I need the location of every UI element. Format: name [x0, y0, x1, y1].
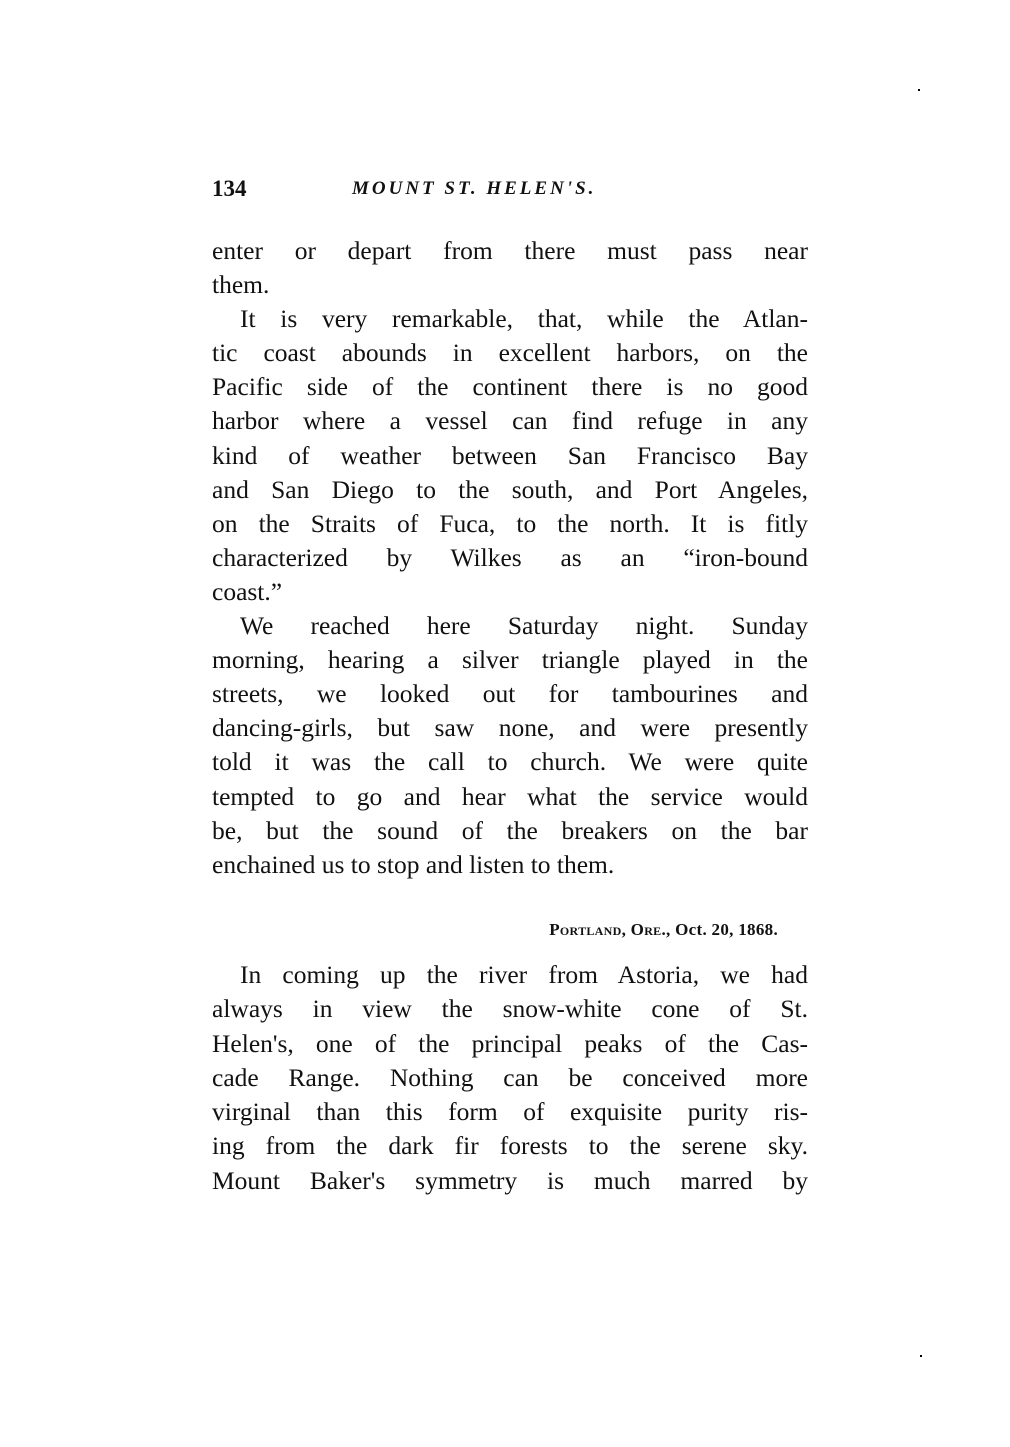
scan-speck	[920, 1355, 922, 1357]
running-head: MOUNT ST. HELEN'S.	[352, 178, 596, 200]
body-text-section-2: In coming up the river from Astoria, we …	[212, 958, 808, 1198]
text-line: tempted to go and hear what the service …	[212, 780, 808, 814]
text-line: It is very remarkable, that, while the A…	[212, 302, 808, 336]
text-line: and San Diego to the south, and Port Ang…	[212, 473, 808, 507]
text-line: tic coast abounds in excellent harbors, …	[212, 336, 808, 370]
text-line: them.	[212, 268, 808, 302]
text-line: dancing-girls, but saw none, and were pr…	[212, 711, 808, 745]
book-page: 134 MOUNT ST. HELEN'S. enter or depart f…	[0, 0, 1010, 1447]
text-line: be, but the sound of the breakers on the…	[212, 814, 808, 848]
text-line: on the Straits of Fuca, to the north. It…	[212, 507, 808, 541]
page-header: 134 MOUNT ST. HELEN'S.	[212, 176, 812, 210]
page-number: 134	[212, 176, 247, 202]
text-line: Helen's, one of the principal peaks of t…	[212, 1027, 808, 1061]
text-line: told it was the call to church. We were …	[212, 745, 808, 779]
text-line: morning, hearing a silver triangle playe…	[212, 643, 808, 677]
dateline-place: Portland, Ore.	[549, 920, 666, 939]
text-line: In coming up the river from Astoria, we …	[212, 958, 808, 992]
dateline-date: , Oct. 20, 1868.	[666, 920, 778, 939]
text-line: Mount Baker's symmetry is much marred by	[212, 1164, 808, 1198]
text-line: virginal than this form of exquisite pur…	[212, 1095, 808, 1129]
scan-speck	[918, 89, 920, 91]
body-text-section-1: enter or depart from there must pass nea…	[212, 234, 808, 882]
text-line: characterized by Wilkes as an “iron-boun…	[212, 541, 808, 575]
text-line: enter or depart from there must pass nea…	[212, 234, 808, 268]
text-line: coast.”	[212, 575, 808, 609]
text-line: streets, we looked out for tambourines a…	[212, 677, 808, 711]
text-line: kind of weather between San Francisco Ba…	[212, 439, 808, 473]
dateline: Portland, Ore., Oct. 20, 1868.	[212, 920, 778, 940]
text-line: ing from the dark fir forests to the ser…	[212, 1129, 808, 1163]
text-line: Pacific side of the continent there is n…	[212, 370, 808, 404]
text-line: harbor where a vessel can find refuge in…	[212, 404, 808, 438]
text-line: We reached here Saturday night. Sunday	[212, 609, 808, 643]
text-line: cade Range. Nothing can be conceived mor…	[212, 1061, 808, 1095]
text-line: always in view the snow-white cone of St…	[212, 992, 808, 1026]
text-line: enchained us to stop and listen to them.	[212, 848, 808, 882]
